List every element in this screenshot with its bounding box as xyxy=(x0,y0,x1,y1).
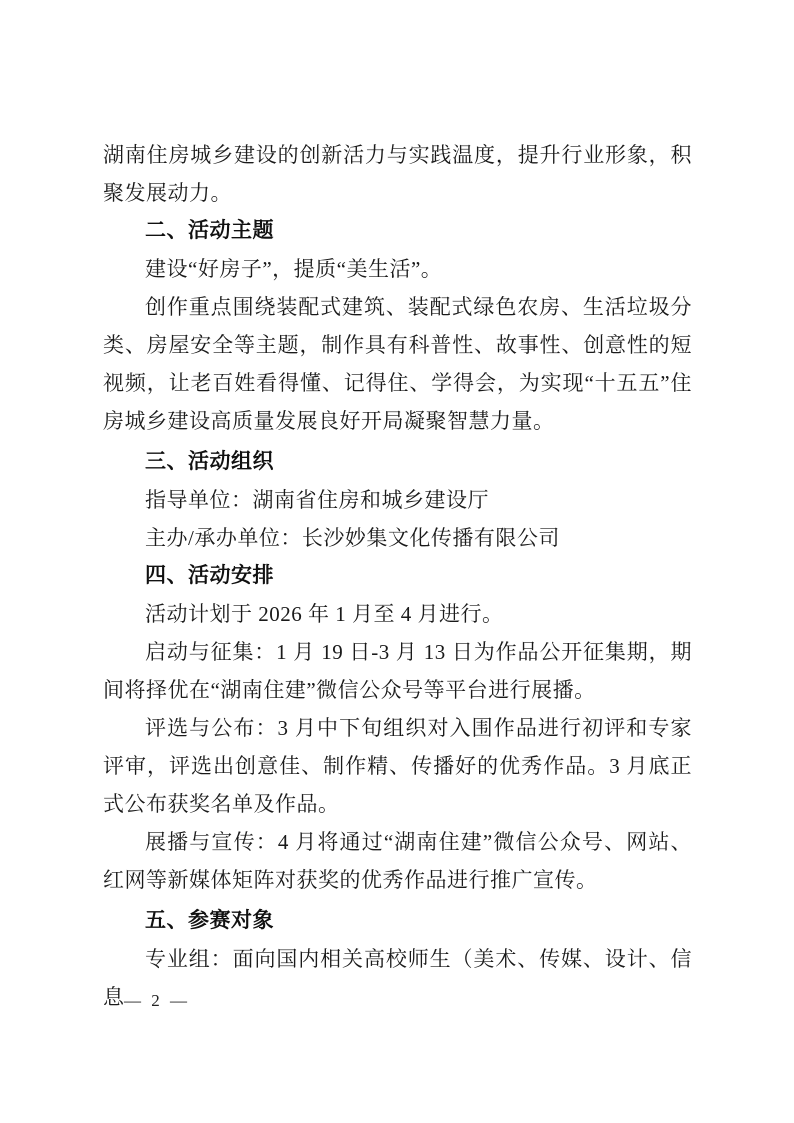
section-heading-4: 四、活动安排 xyxy=(103,557,692,595)
paragraph: 活动计划于 2026 年 1 月至 4 月进行。 xyxy=(103,595,692,633)
paragraph: 指导单位：湖南省住房和城乡建设厅 xyxy=(103,481,692,519)
section-heading-2: 二、活动主题 xyxy=(103,212,692,250)
page-number: — 2 — xyxy=(124,990,190,1012)
paragraph: 建设“好房子”，提质“美生活”。 xyxy=(103,250,692,288)
paragraph: 评选与公布：3 月中下旬组织对入围作品进行初评和专家评审，评选出创意佳、制作精、… xyxy=(103,709,692,823)
document-page: 湖南住房城乡建设的创新活力与实践温度，提升行业形象，积聚发展动力。 二、活动主题… xyxy=(0,0,794,1123)
section-heading-3: 三、活动组织 xyxy=(103,443,692,481)
document-body: 湖南住房城乡建设的创新活力与实践温度，提升行业形象，积聚发展动力。 二、活动主题… xyxy=(103,136,692,1016)
paragraph: 创作重点围绕装配式建筑、装配式绿色农房、生活垃圾分类、房屋安全等主题，制作具有科… xyxy=(103,288,692,440)
paragraph: 主办/承办单位：长沙妙集文化传播有限公司 xyxy=(103,519,692,557)
paragraph: 专业组：面向国内相关高校师生（美术、传媒、设计、信息 xyxy=(103,940,692,1016)
paragraph: 展播与宣传：4 月将通过“湖南住建”微信公众号、网站、红网等新媒体矩阵对获奖的优… xyxy=(103,823,692,899)
paragraph-continuation: 湖南住房城乡建设的创新活力与实践温度，提升行业形象，积聚发展动力。 xyxy=(103,136,692,212)
paragraph: 启动与征集：1 月 19 日-3 月 13 日为作品公开征集期，期间将择优在“湖… xyxy=(103,633,692,709)
section-heading-5: 五、参赛对象 xyxy=(103,902,692,940)
